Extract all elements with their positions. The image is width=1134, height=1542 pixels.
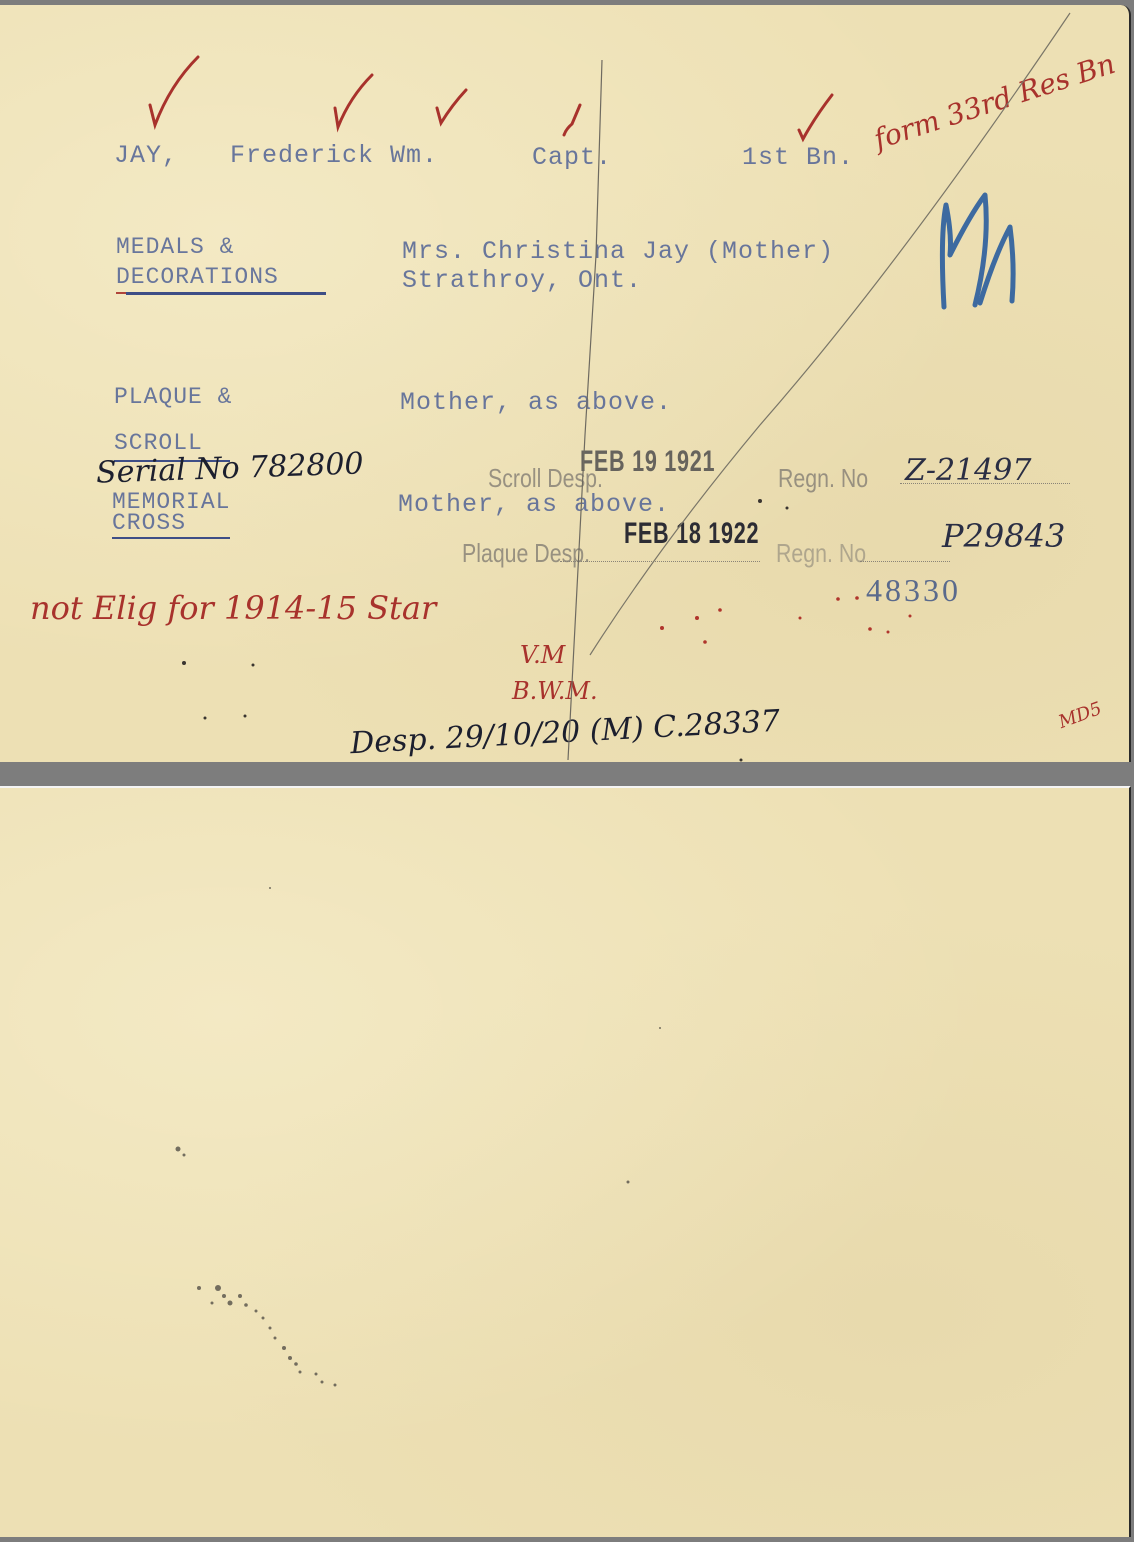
ink-speckle-cluster xyxy=(176,887,662,1387)
plaque-label-line1: PLAQUE & xyxy=(114,383,232,411)
back-stains-overlay xyxy=(0,788,1131,1539)
unit: 1st Bn. xyxy=(742,144,854,172)
victory-medal-note: V.M xyxy=(520,641,565,669)
cross-label-line2: CROSS xyxy=(112,509,186,537)
plaque-regn-value: P29843 xyxy=(942,517,1065,555)
plaque-regn-dotted-line xyxy=(860,561,950,562)
number-stamp: 48330 xyxy=(866,572,961,609)
corner-mark: MD5 xyxy=(1056,698,1105,733)
scroll-desp-date-stamp: FEB 19 1921 xyxy=(580,445,715,479)
card-back xyxy=(0,786,1131,1537)
blue-pencil-m-icon xyxy=(942,195,1013,307)
scroll-regn-label: Regn. No xyxy=(778,463,868,494)
surname: JAY, xyxy=(114,142,178,170)
rank: Capt. xyxy=(532,144,612,172)
plaque-desp-dotted-line xyxy=(560,561,760,562)
unit-annotation: form 33rd Res Bn xyxy=(870,47,1119,156)
scroll-regn-value: Z-21497 xyxy=(905,453,1031,488)
medals-recipient-line2: Strathroy, Ont. xyxy=(402,267,642,295)
card-front: JAY, Frederick Wm. Capt. 1st Bn. form 33… xyxy=(0,5,1131,762)
medals-label-underline xyxy=(126,292,326,295)
cross-label-underline xyxy=(112,537,230,539)
british-war-medal-note: B.W.M. xyxy=(512,677,598,705)
plaque-desp-label: Plaque Desp. xyxy=(462,538,590,569)
check-mark-icon xyxy=(150,57,832,139)
despatch-note: Desp. 29/10/20 (M) C.28337 xyxy=(349,704,781,761)
medals-recipient-line1: Mrs. Christina Jay (Mother) xyxy=(402,238,834,266)
cross-recipient: Mother, as above. xyxy=(398,491,670,519)
plaque-regn-label: Regn. No xyxy=(776,538,866,569)
eligibility-note: not Elig for 1914-15 Star xyxy=(30,589,436,627)
medals-label-line2: DECORATIONS xyxy=(116,263,279,291)
plaque-recipient: Mother, as above. xyxy=(400,389,672,417)
given-names: Frederick Wm. xyxy=(230,142,438,170)
plaque-desp-date-stamp: FEB 18 1922 xyxy=(624,517,759,551)
medals-label-line1: MEDALS & xyxy=(116,233,234,261)
